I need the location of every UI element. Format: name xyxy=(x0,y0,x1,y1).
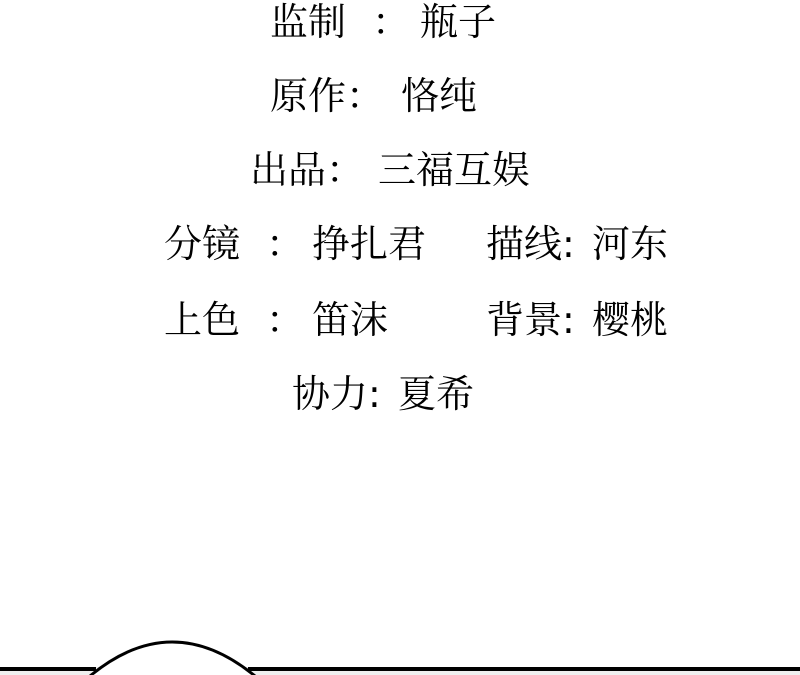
comic-panel-border-art xyxy=(0,0,800,675)
